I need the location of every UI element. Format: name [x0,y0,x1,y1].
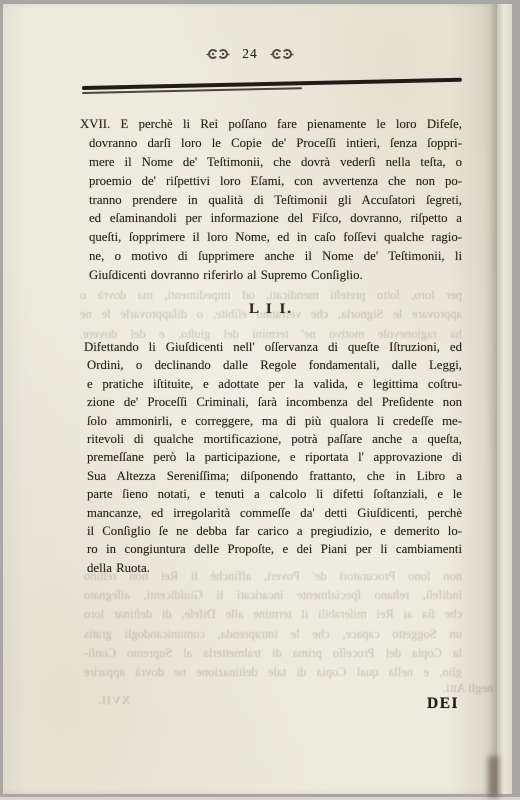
text-line: zione de' Proceſſi Criminali, ſarà incom… [84,393,462,411]
printer-ornament-icon [205,47,231,61]
bleedthrough-line: un Soggetto capace, che le intraprenda, … [84,625,462,644]
text-line: XVII. E perchè li Rei poſſano fare piena… [80,115,462,134]
text-line: ed eſaminandoli per informazione del Fiſ… [80,209,462,228]
text-line: proemio de' riſpettivi loro Eſami, con a… [80,172,462,191]
printer-ornament-icon [269,47,295,61]
page-header: 24 [3,46,497,62]
text-line: Difettando li Giuſdicenti nell' oſſervan… [84,338,462,356]
text-line: Ordini, o declinando dalle Regole fondam… [84,356,462,374]
catchword: DEI [427,695,459,713]
bleedthrough-line: che ſia ai Rei miſerabili il termine all… [84,605,462,624]
text-line: ritevoli di qualche mortificazione, potr… [84,430,462,448]
text-line: Giuſdicenti dovranno riferirlo al Suprem… [80,266,462,285]
page-edge-strip [497,4,512,794]
text-line: e pratiche iſtituite, e adottate per la … [84,375,462,393]
text-line: il Conſiglio ſe ne debba far carico a pr… [84,522,462,540]
bleedthrough-line: indifeſi, reſtano ſpecialmente incaricat… [84,586,462,605]
text-line: ro in congiuntura delle Propoſte, e dei … [84,540,462,558]
text-line: ſolo ammonirli, e correggere, ma di più … [84,412,462,430]
text-line: dovranno darſi loro le Copie de' Proceſſ… [80,134,462,153]
bleedthrough-line: la Copia del Proceſſo prima di tralmette… [84,644,462,663]
text-line: della Ruota. [84,559,462,577]
bleedthrough-footer: negli Atti. [443,681,493,696]
text-line: mere il Nome de' Teſtimonii, che dovrà v… [80,153,462,172]
text-line: ne, o motivo di ſupprimere anche il Nome… [80,247,462,266]
paragraph-xvii: XVII. E perchè li Rei poſſano fare piena… [80,115,462,285]
section-heading-lii: L I I. [80,301,462,318]
paragraph-lii: Difettando li Giuſdicenti nell' oſſervan… [84,338,462,577]
bleedthrough-signature: XVII. [97,693,130,708]
text-line: parte ſieno notati, e tenuti a calcolo l… [84,485,462,503]
bleedthrough-block-bottom: non ſono Procuratori de' Poveri, affinch… [84,567,462,682]
page-crease-shadow [488,756,499,798]
page-number: 24 [242,46,258,62]
text-line: queſti, ſopprimere il loro Nome, ed in c… [80,228,462,247]
text-line: mancanze, ed irregolarità commeſſe da' d… [84,504,462,522]
bleedthrough-line: glio, e nella qual Copia di tale deſtina… [84,663,462,682]
text-line: premeſſane però la participazione, e rip… [84,448,462,466]
text-line: Sua Altezza Sereniſſima; diſponendo frat… [84,467,462,485]
text-line: tranno prendere in qualità di Teſtimonii… [80,191,462,210]
